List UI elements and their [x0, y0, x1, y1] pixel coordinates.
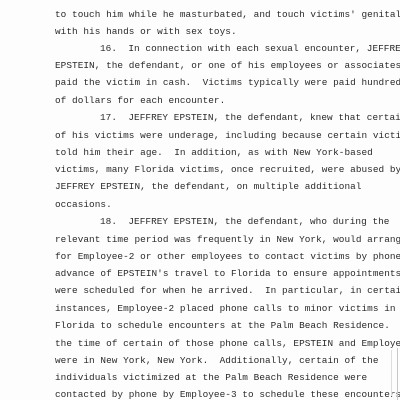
- text-line: occasions.: [55, 199, 112, 210]
- text-line: of dollars for each encounter.: [55, 95, 225, 106]
- text-line: individuals victimized at the Palm Beach…: [55, 372, 367, 383]
- text-line: relevant time period was frequently in N…: [55, 234, 400, 245]
- document-page: to touch him while he masturbated, and t…: [0, 0, 400, 400]
- paragraph-16-start: 16. In connection with each sexual encou…: [100, 43, 400, 54]
- text-line: JEFFREY EPSTEIN, the defendant, on multi…: [55, 181, 362, 192]
- scan-edge-line: [391, 350, 392, 396]
- text-line: of his victims were underage, including …: [55, 130, 400, 141]
- text-line: victims, many Florida victims, once recr…: [55, 164, 400, 175]
- paragraph-17-start: 17. JEFFREY EPSTEIN, the defendant, knew…: [100, 112, 400, 123]
- text-line: instances, Employee-2 placed phone calls…: [55, 303, 396, 314]
- text-line: were scheduled for when he arrived. In p…: [55, 285, 400, 296]
- scan-edge-line: [397, 348, 398, 400]
- text-line: the time of certain of those phone calls…: [55, 338, 400, 349]
- text-line: contacted by phone by Employee-3 to sche…: [55, 389, 400, 400]
- text-line: EPSTEIN, the defendant, or one of his em…: [55, 60, 400, 71]
- text-line: paid the victim in cash. Victims typical…: [55, 77, 400, 88]
- text-line: advance of EPSTEIN's travel to Florida t…: [55, 268, 400, 279]
- text-line: Florida to schedule encounters at the Pa…: [55, 320, 400, 331]
- text-line: told him their age. In addition, as with…: [55, 147, 373, 158]
- text-line: for Employee-2 or other employees to con…: [55, 251, 400, 262]
- paragraph-18-start: 18. JEFFREY EPSTEIN, the defendant, who …: [100, 216, 389, 227]
- text-line: were in New York, New York. Additionally…: [55, 355, 379, 366]
- text-line: to touch him while he masturbated, and t…: [55, 9, 400, 20]
- text-line: with his hands or with sex toys.: [55, 26, 237, 37]
